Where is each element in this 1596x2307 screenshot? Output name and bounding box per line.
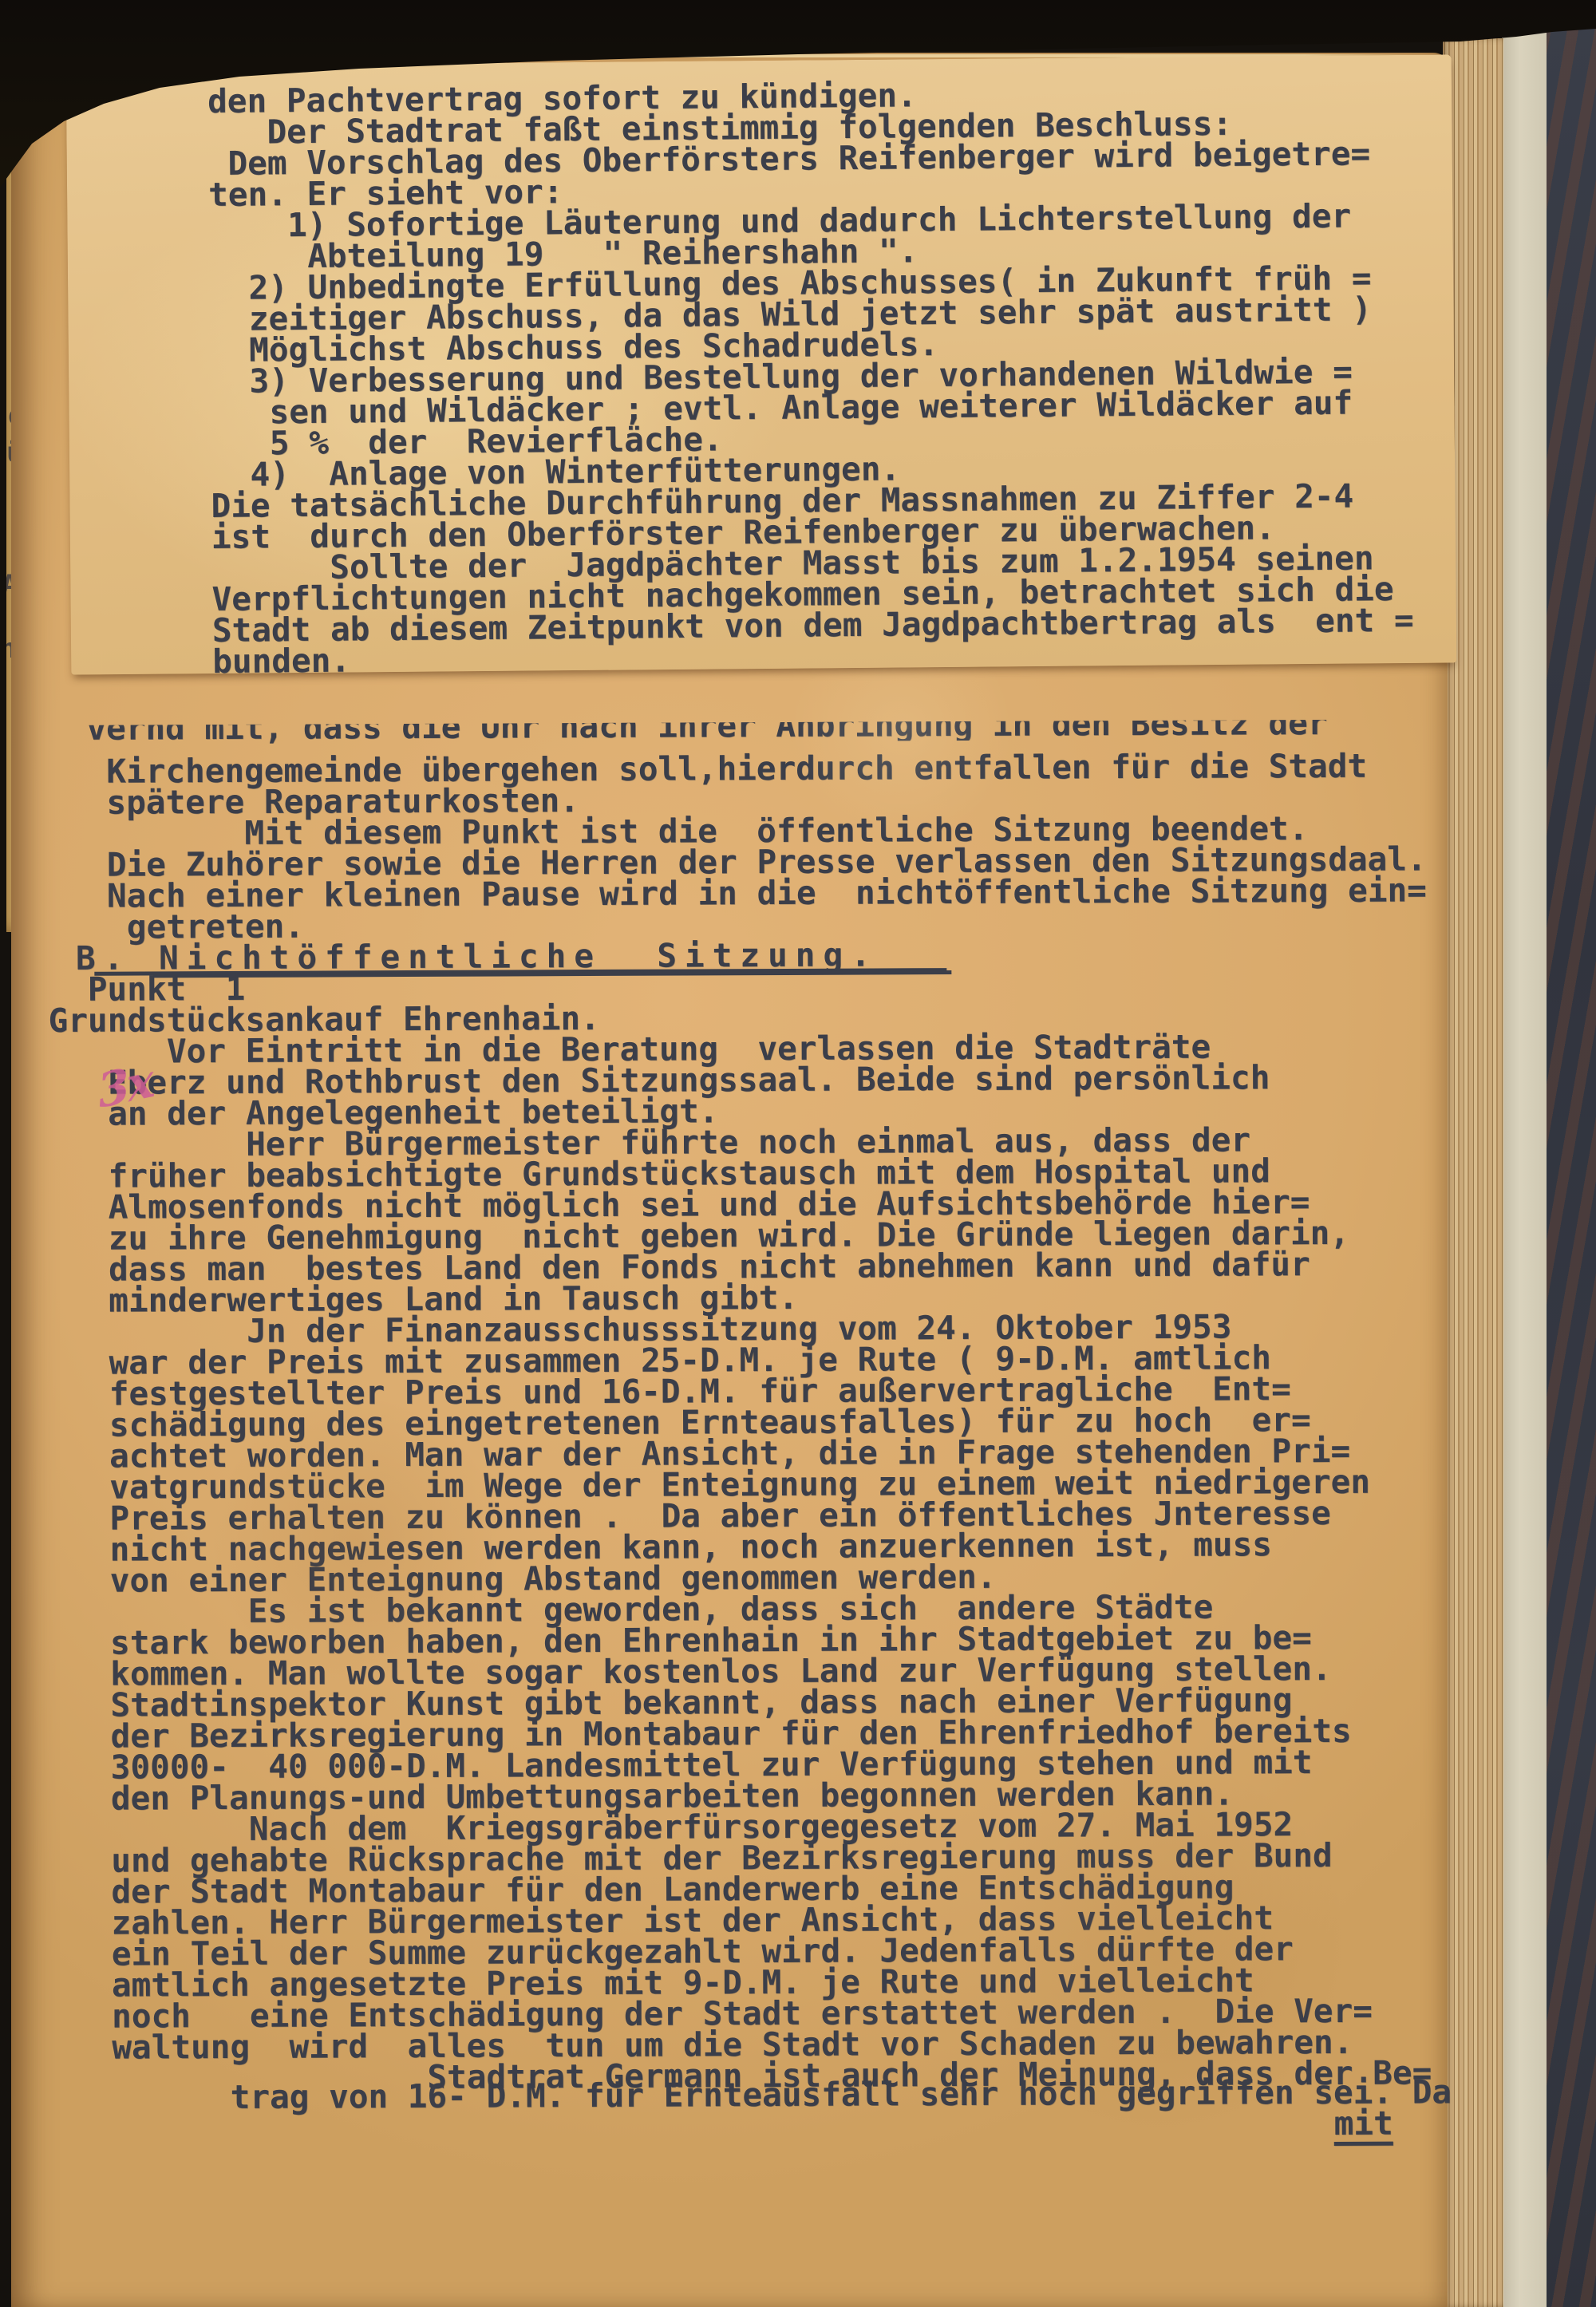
typewritten-line: Punkt 1 bbox=[48, 968, 1447, 1005]
fore-edge-strip bbox=[1502, 27, 1547, 2307]
slip-typewritten-text: den Pachtvertrag sofort zu kündigen. Der… bbox=[207, 76, 1414, 677]
page-typewritten-text: vernd mit, dass die Uhr nach ihrer Anbri… bbox=[47, 719, 1452, 2145]
typewritten-line: trag von 16- D.M. für Ernteausfall sehr … bbox=[53, 2076, 1452, 2114]
handwritten-annotation: 3x bbox=[96, 1057, 155, 1115]
typewritten-line: Stadt ab diesem Zeitpunkt von dem Jagdpa… bbox=[212, 605, 1414, 646]
book-cover-edge bbox=[1545, 0, 1596, 2307]
pasted-paper-slip: den Pachtvertrag sofort zu kündigen. Der… bbox=[66, 54, 1457, 674]
typewritten-line: vernd mit, dass die Uhr nach ihrer Anbri… bbox=[47, 719, 1446, 745]
